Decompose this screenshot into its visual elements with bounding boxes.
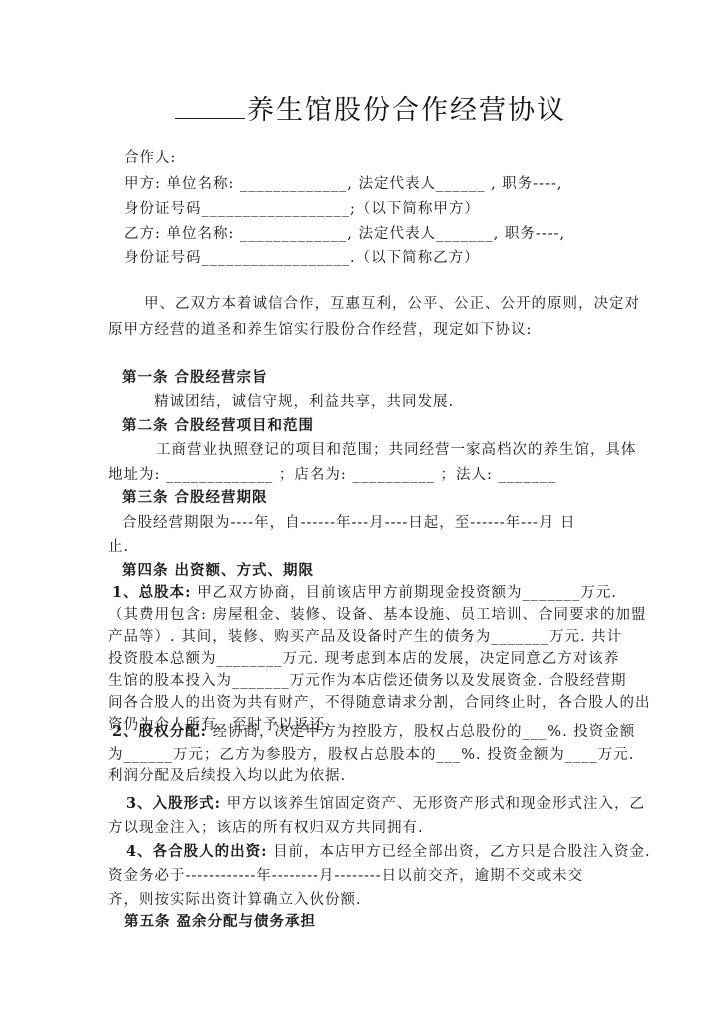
article-1-heading: 第一条 合股经营宗旨 [122,368,268,388]
clause-2-line-2: 为______万元；乙方为参股方，股权占总股本的___%. 投资金额为____万… [108,745,634,765]
clause-4-line-2: 资金务必于------------年--------月--------日以前交齐… [108,866,583,886]
clause-1-line-6: 间各合股人的出资为共有财产，不得随意请求分割，合同终止时，各合股人的出 [108,693,651,713]
clause-3-label: 3、入股形式: [126,795,221,812]
clause-1-line-1: 1、总股本: 甲乙双方协商，目前该店甲方前期现金投资额为_______万元. [112,583,617,603]
clause-1-line-2: （其费用包含: 房屋租金、装修、设备、基本设施、员工培训、合同要求的加盟 [108,605,647,625]
article-2-heading: 第二条 合股经营项目和范围 [122,416,314,436]
preamble-line-2: 原甲方经营的道圣和养生馆实行股份合作经营，现定如下协议: [108,320,532,340]
clause-1-label: 1、总股本: [112,584,191,601]
party-b-line-1: 乙方: 单位名称: _____________, 法定代表人_______, 职… [124,224,565,244]
clause-4-label: 4、各合股人的出资: [126,843,267,860]
article-2-line-2: 地址为: _____________ ；店名为: __________ ；法人:… [108,465,556,485]
article-3-line-1: 合股经营期限为----年，自------年---月----日起，至------年… [122,513,576,533]
clause-2-text: 经协商，决定甲方为控股方，股权占总股份的___%. 投资金额 [213,724,636,740]
document-title: 养生馆股份合作经营协议 [175,88,566,127]
article-3-heading: 第三条 合股经营期限 [122,488,268,508]
clause-1-line-4: 投资股本总额为________万元. 现考虑到本店的发展，决定同意乙方对该养 [108,649,619,669]
preamble-line-1: 甲、乙双方本着诚信合作，互惠互利，公平、公正、公开的原则，决定对 [144,294,640,314]
clause-3-text: 甲方以该养生馆固定资产、无形资产形式和现金形式注入，乙 [227,796,646,812]
article-2-line-1: 工商营业执照登记的项目和范围；共同经营一家高档次的养生馆，具体 [156,440,637,460]
article-4-heading: 第四条 出资额、方式、期限 [122,561,314,581]
party-a-line-2: 身份证号码__________________;（以下简称甲方） [124,199,480,219]
article-1-line-1: 精诚团结，诚信守规，利益共享，共同发展. [154,392,454,412]
clause-1-text: 甲乙双方协商，目前该店甲方前期现金投资额为_______万元. [197,585,617,601]
party-b-line-2: 身份证号码__________________.（以下简称乙方） [124,248,480,268]
clause-1-line-5: 生馆的股本投入为_______万元作为本店偿还债务以及发展资金. 合股经营期 [108,671,626,691]
clause-2-line-1: 2、股权分配: 经协商，决定甲方为控股方，股权占总股份的___%. 投资金额 [112,722,635,742]
document-page: 养生馆股份合作经营协议 合作人: 甲方: 单位名称: _____________… [0,0,720,1017]
article-5-heading: 第五条 盈余分配与债务承担 [124,912,316,932]
clause-1-line-3: 产品等）. 其间，装修、购买产品及设备时产生的债务为_______万元. 共计 [108,627,622,647]
article-3-line-2: 止. [108,537,129,557]
title-text: 养生馆股份合作经营协议 [247,95,566,126]
clause-4-line-3: 齐，则按实际出资计算确立入伙份额. [108,890,362,910]
party-a-line-1: 甲方: 单位名称: _____________, 法定代表人______ , 职… [124,174,563,194]
clause-3-line-2: 方以现金注入；该店的所有权归双方共同拥有. [108,818,424,838]
clause-4-text: 目前，本店甲方已经全部出资，乙方只是合股注入资金. [273,844,651,860]
clause-2-line-3: 利润分配及后续投入均以此为依据. [108,766,346,786]
clause-4-line-1: 4、各合股人的出资: 目前，本店甲方已经全部出资，乙方只是合股注入资金. [126,842,651,862]
title-blank-line [175,94,245,119]
parties-label: 合作人: [124,148,176,168]
clause-2-label: 2、股权分配: [112,723,207,740]
clause-3-line-1: 3、入股形式: 甲方以该养生馆固定资产、无形资产形式和现金形式注入，乙 [126,794,645,814]
